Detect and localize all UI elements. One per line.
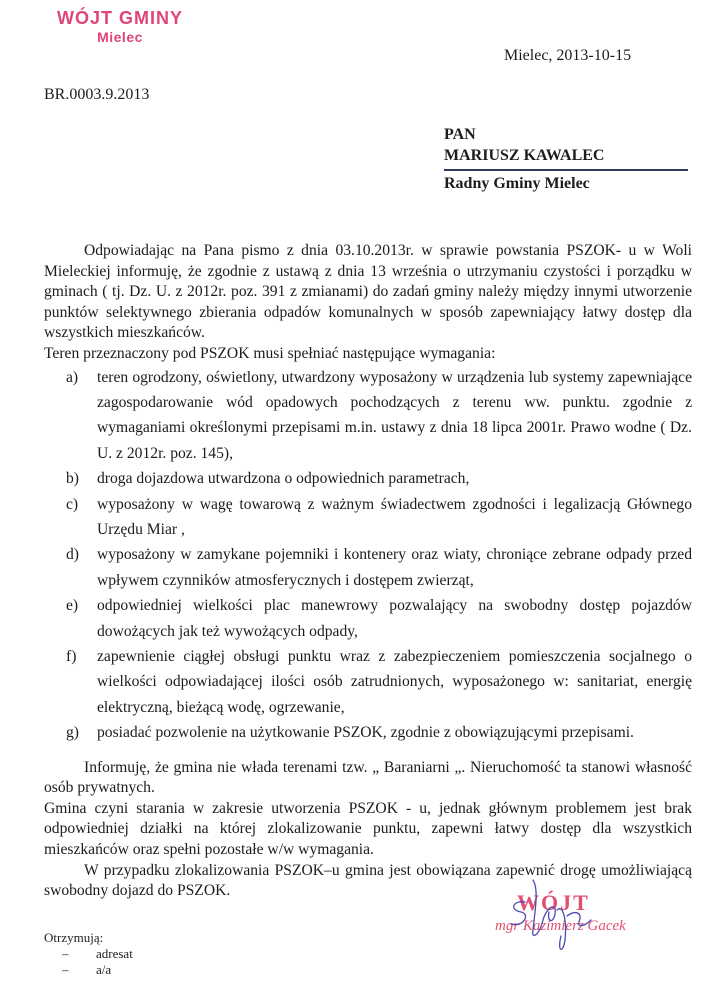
distribution-list: Otrzymują: –adresat –a/a — [44, 930, 133, 978]
letterhead-title: WÓJT GMINY — [0, 8, 240, 29]
land-ownership-paragraph: Informuję, że gmina nie włada terenami t… — [44, 758, 692, 799]
distribution-item: –adresat — [44, 946, 133, 962]
requirement-item: a)teren ogrodzony, oświetlony, utwardzon… — [44, 365, 692, 467]
dash-marker: – — [62, 962, 96, 978]
requirement-item: b)droga dojazdowa utwardzona o odpowiedn… — [44, 466, 692, 491]
dash-marker: – — [62, 946, 96, 962]
recipient-name: MARIUSZ KAWALEC — [444, 145, 688, 166]
list-marker: a) — [66, 365, 78, 390]
letterhead-city: Mielec — [0, 29, 240, 45]
requirement-item: g)posiadać pozwolenie na użytkowanie PSZ… — [44, 720, 692, 745]
requirement-text: wyposażony w wagę towarową z ważnym świa… — [97, 496, 692, 538]
distribution-recipient: adresat — [96, 946, 133, 961]
requirement-item: c)wyposażony w wagę towarową z ważnym św… — [44, 492, 692, 543]
reference-number: BR.0003.9.2013 — [44, 86, 149, 104]
recipient-salutation: PAN — [444, 124, 688, 145]
list-marker: g) — [66, 720, 79, 745]
requirement-text: posiadać pozwolenie na użytkowanie PSZOK… — [97, 724, 634, 741]
distribution-recipient: a/a — [96, 962, 111, 977]
recipient-block: PAN MARIUSZ KAWALEC Radny Gminy Mielec — [444, 124, 688, 194]
place-date: Mielec, 2013-10-15 — [504, 47, 631, 65]
handwritten-signature-icon — [495, 860, 645, 960]
list-marker: e) — [66, 593, 78, 618]
requirements-lead: Teren przeznaczony pod PSZOK musi spełni… — [44, 344, 692, 365]
requirement-text: droga dojazdowa utwardzona o odpowiednic… — [97, 470, 469, 487]
requirement-text: zapewnienie ciągłej obsługi punktu wraz … — [97, 648, 692, 716]
requirement-item: e)odpowiedniej wielkości plac manewrowy … — [44, 593, 692, 644]
requirement-text: teren ogrodzony, oświetlony, utwardzony … — [97, 369, 692, 462]
list-marker: f) — [66, 644, 76, 669]
list-marker: b) — [66, 466, 79, 491]
requirement-text: odpowiedniej wielkości plac manewrowy po… — [97, 597, 692, 639]
recipient-divider — [444, 169, 688, 171]
distribution-item: –a/a — [44, 962, 133, 978]
efforts-paragraph: Gmina czyni starania w zakresie utworzen… — [44, 799, 692, 861]
requirement-text: wyposażony w zamykane pojemniki i konten… — [97, 546, 692, 588]
signature-block: WÓJT mgr Kazimierz Gacek — [495, 860, 645, 960]
intro-paragraph: Odpowiadając na Pana pismo z dnia 03.10.… — [44, 241, 692, 344]
letterhead-stamp: WÓJT GMINY Mielec — [0, 8, 240, 45]
requirement-item: f)zapewnienie ciągłej obsługi punktu wra… — [44, 644, 692, 720]
distribution-label: Otrzymują: — [44, 930, 133, 946]
recipient-title: Radny Gminy Mielec — [444, 173, 688, 194]
requirement-item: d)wyposażony w zamykane pojemniki i kont… — [44, 542, 692, 593]
list-marker: d) — [66, 542, 79, 567]
requirements-list: a)teren ogrodzony, oświetlony, utwardzon… — [44, 365, 692, 746]
letter-body: Odpowiadając na Pana pismo z dnia 03.10.… — [44, 241, 692, 902]
list-marker: c) — [66, 492, 78, 517]
